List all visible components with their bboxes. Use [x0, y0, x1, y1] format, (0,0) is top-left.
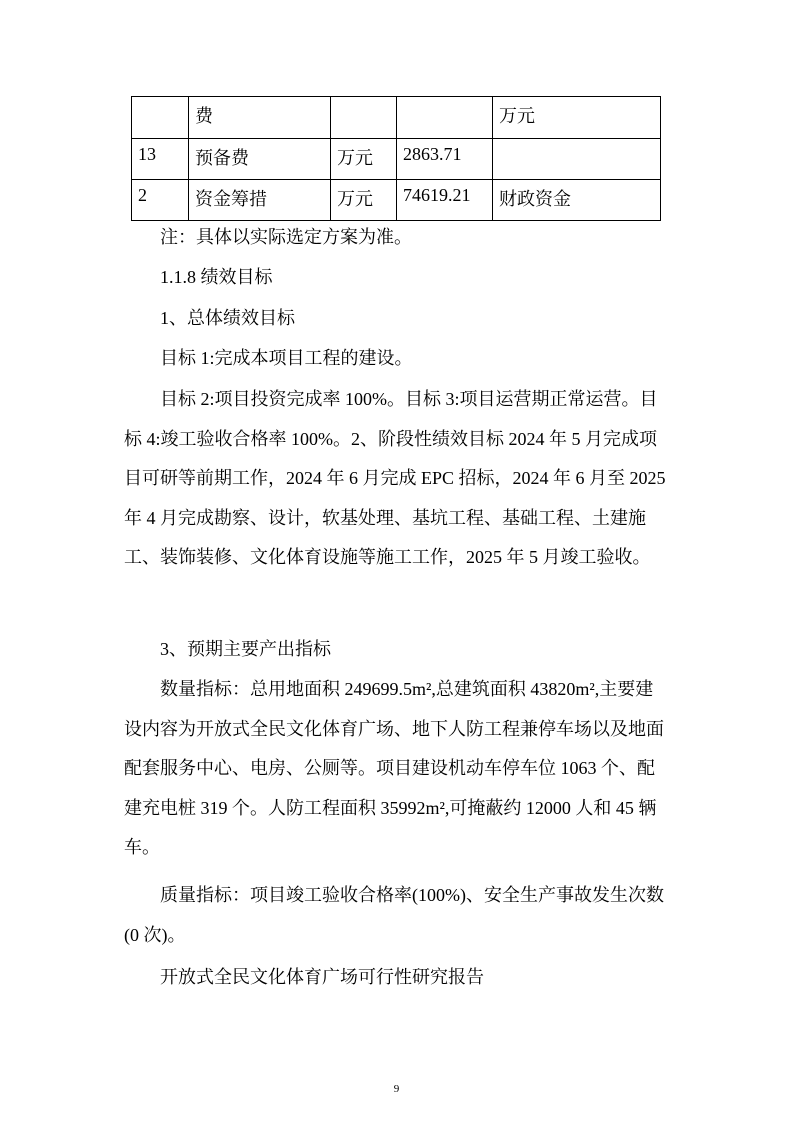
goal-1: 目标 1:完成本项目工程的建设。 [124, 339, 669, 379]
table-row: 费 万元 [132, 97, 661, 139]
table-row: 2 资金筹措 万元 74619.21 财政资金 [132, 180, 661, 221]
note-paragraph: 注：具体以实际选定方案为准。 [124, 218, 669, 258]
table-cell: 2 [132, 180, 189, 221]
quality-paragraph: 质量指标：项目竣工验收合格率(100%)、安全生产事故发生次数(0 次)。 [124, 876, 669, 955]
output-heading: 3、预期主要产出指标 [124, 630, 669, 670]
table-cell: 费 [189, 97, 331, 139]
page-number: 9 [0, 1083, 793, 1095]
investment-table: 费 万元 13 预备费 万元 2863.71 2 资金筹措 万元 74619.2… [131, 96, 661, 221]
table-cell: 万元 [331, 180, 397, 221]
table-row: 13 预备费 万元 2863.71 [132, 139, 661, 180]
table-cell: 74619.21 [397, 180, 493, 221]
table-cell [493, 139, 661, 180]
table-cell: 万元 [493, 97, 661, 139]
table-cell: 财政资金 [493, 180, 661, 221]
report-title: 开放式全民文化体育广场可行性研究报告 [124, 958, 669, 998]
section-heading: 1.1.8 绩效目标 [124, 258, 669, 298]
table-cell [397, 97, 493, 139]
table-cell: 万元 [331, 139, 397, 180]
table-cell [132, 97, 189, 139]
overall-goal-heading: 1、总体绩效目标 [124, 299, 669, 339]
table-cell [331, 97, 397, 139]
table-cell: 13 [132, 139, 189, 180]
quantity-paragraph: 数量指标：总用地面积 249699.5m²,总建筑面积 43820m²,主要建设… [124, 670, 669, 868]
table-cell: 2863.71 [397, 139, 493, 180]
goal-2-paragraph: 目标 2:项目投资完成率 100%。目标 3:项目运营期正常运营。目标 4:竣工… [124, 380, 669, 578]
table-cell: 资金筹措 [189, 180, 331, 221]
table-cell: 预备费 [189, 139, 331, 180]
